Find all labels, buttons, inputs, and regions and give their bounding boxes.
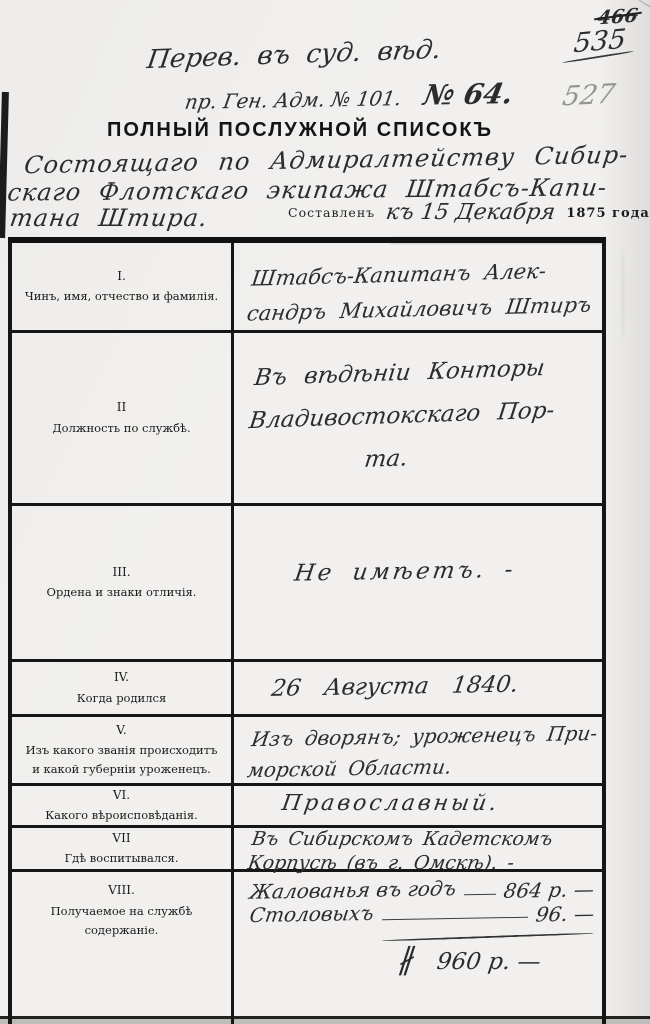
table-row-rank-name: I. Чинъ, имя, отчество и фамилія. Штабсъ… bbox=[12, 243, 602, 333]
row-label: Ордена и знаки отличія. bbox=[47, 583, 197, 602]
row-value-cell: Штабсъ-Капитанъ Алек- сандръ Михайловичъ… bbox=[234, 243, 602, 330]
faint-number: 527 bbox=[560, 79, 617, 113]
value-line: Въ Сибирскомъ Кадетскомъ Корпусѣ (въ г. … bbox=[246, 827, 606, 875]
row-label-cell: II Должность по службѣ. bbox=[12, 333, 234, 503]
salary-line-table-money: Столовыхъ 96. — bbox=[250, 902, 594, 926]
salary-amount: 96. — bbox=[534, 901, 596, 926]
row-value-cell: Въ вѣдѣніи Конторы Владивостокскаго Пор-… bbox=[234, 333, 602, 503]
compiled-year: 1875 года. bbox=[566, 206, 650, 221]
table-row-position: II Должность по службѣ. Въ вѣдѣніи Конто… bbox=[12, 333, 602, 506]
total-flourish-mark: ∦ bbox=[394, 942, 420, 977]
service-record-table: I. Чинъ, имя, отчество и фамилія. Штабсъ… bbox=[8, 237, 606, 1024]
subtitle-line3: тана Штира. bbox=[8, 204, 210, 232]
row-label: Должность по службѣ. bbox=[52, 419, 190, 438]
row-numeral: II bbox=[117, 398, 126, 418]
salary-amount: 864 р. — bbox=[502, 877, 596, 903]
table-row-orders: III. Ордена и знаки отличія. Не имѣетъ. … bbox=[12, 506, 602, 662]
handwritten-note-line2: пр. Ген. Адм. № 101. № 64. bbox=[185, 77, 514, 116]
compiled-date-handwritten: къ 15 Декабря bbox=[384, 200, 557, 225]
row-value-cell: Жалованья въ годъ 864 р. — Столовыхъ 96.… bbox=[234, 872, 604, 1024]
value-line: Штабсъ-Капитанъ Алек- сандръ Михайловичъ… bbox=[245, 252, 608, 331]
row-label: Изъ какого званія происходитъ и какой гу… bbox=[24, 741, 219, 779]
handwritten-note-line1: Перев. въ суд. вѣд. bbox=[145, 35, 443, 75]
document-title: ПОЛНЫЙ ПОСЛУЖНОЙ СПИСОКЪ bbox=[80, 119, 520, 142]
salary-total-line: ∦ 960 р. — bbox=[400, 942, 594, 977]
row-numeral: VI. bbox=[113, 786, 130, 806]
note-case-number: № 64. bbox=[421, 77, 516, 112]
row-label: Получаемое на службѣ содержаніе. bbox=[24, 902, 219, 940]
table-row-education: VII Гдѣ воспитывался. Въ Сибирскомъ Каде… bbox=[12, 828, 602, 872]
row-label-cell: VII Гдѣ воспитывался. bbox=[12, 828, 234, 869]
row-numeral: VIII. bbox=[108, 881, 135, 901]
row-numeral: I. bbox=[117, 267, 126, 287]
salary-dash-line bbox=[382, 917, 528, 921]
salary-total-amount: 960 р. — bbox=[435, 949, 542, 975]
row-label: Чинъ, имя, отчество и фамилія. bbox=[25, 287, 218, 306]
row-label-cell: VIII. Получаемое на службѣ содержаніе. bbox=[12, 872, 234, 1024]
row-numeral: V. bbox=[116, 721, 126, 741]
row-label-cell: IV. Когда родился bbox=[12, 662, 234, 714]
value-line: Не имѣетъ. - bbox=[293, 555, 604, 586]
value-line: Въ вѣдѣніи Конторы Владивостокскаго Пор-… bbox=[241, 345, 611, 486]
scan-left-edge bbox=[0, 92, 9, 238]
table-row-birthdate: IV. Когда родился 26 Августа 1840. bbox=[12, 662, 602, 717]
document-page: 466 535 527 Перев. въ суд. вѣд. пр. Ген.… bbox=[0, 0, 650, 1024]
note-order-number: пр. Ген. Адм. № 101. bbox=[183, 86, 403, 114]
row-value-cell: Въ Сибирскомъ Кадетскомъ Корпусѣ (въ г. … bbox=[234, 828, 602, 869]
row-numeral: IV. bbox=[114, 668, 129, 688]
row-numeral: III. bbox=[112, 563, 130, 583]
compiled-label: Составленъ bbox=[288, 205, 375, 220]
salary-label: Жалованья въ годъ bbox=[248, 876, 458, 904]
row-value-cell: 26 Августа 1840. bbox=[234, 662, 602, 714]
salary-line-annual: Жалованья въ годъ 864 р. — bbox=[250, 878, 594, 902]
table-row-salary: VIII. Получаемое на службѣ содержаніе. Ж… bbox=[12, 872, 602, 1024]
row-value-cell: Изъ дворянъ; уроженецъ При- морской Обла… bbox=[234, 717, 602, 783]
row-label-cell: I. Чинъ, имя, отчество и фамилія. bbox=[12, 243, 234, 330]
value-line: 26 Августа 1840. bbox=[270, 670, 605, 702]
salary-sum-rule bbox=[382, 932, 594, 941]
table-row-origin: V. Изъ какого званія происходитъ и какой… bbox=[12, 717, 602, 786]
salary-label: Столовыхъ bbox=[248, 901, 375, 927]
paper-crease bbox=[622, 250, 624, 340]
row-label: Какого вѣроисповѣданія. bbox=[45, 806, 197, 825]
row-label-cell: III. Ордена и знаки отличія. bbox=[12, 506, 234, 659]
row-label: Гдѣ воспитывался. bbox=[65, 849, 179, 868]
row-value-cell: Не имѣетъ. - bbox=[234, 506, 602, 659]
table-row-religion: VI. Какого вѣроисповѣданія. Православный… bbox=[12, 786, 602, 828]
salary-block: Жалованья въ годъ 864 р. — Столовыхъ 96.… bbox=[250, 878, 604, 977]
value-line: Православный. bbox=[280, 791, 604, 816]
compiled-date-line: Составленъ къ 15 Декабря 1875 года. bbox=[288, 200, 650, 225]
value-line: Изъ дворянъ; уроженецъ При- морской Обла… bbox=[245, 718, 607, 786]
salary-dash-line bbox=[464, 894, 496, 896]
row-label: Когда родился bbox=[77, 689, 166, 708]
row-value-cell: Православный. bbox=[234, 786, 602, 825]
row-label-cell: VI. Какого вѣроисповѣданія. bbox=[12, 786, 234, 825]
row-label-cell: V. Изъ какого званія происходитъ и какой… bbox=[12, 717, 234, 783]
row-numeral: VII bbox=[112, 829, 130, 849]
